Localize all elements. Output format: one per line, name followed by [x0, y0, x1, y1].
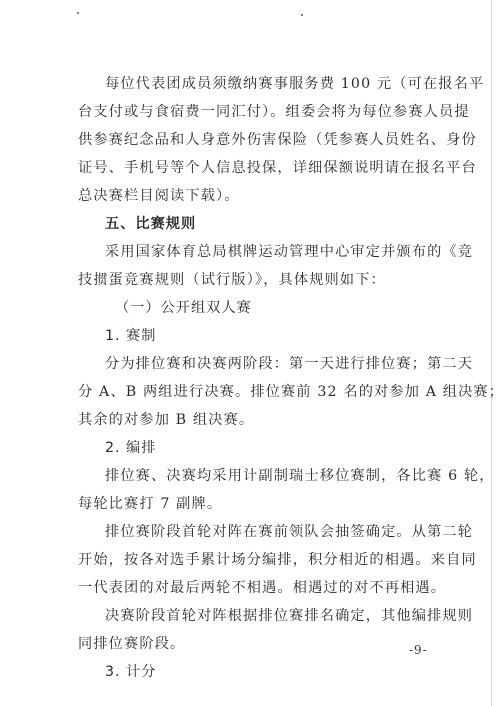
- paragraph-line: 分为排位赛和决赛两阶段：第一天进行排位赛；第二天: [78, 350, 423, 378]
- document-page: 每位代表团成员须缴纳赛事服务费 100 元（可在报名平 台支付或与食宿费一同汇付…: [0, 0, 500, 706]
- paragraph-line: 一代表团的对最后两轮不相遇。相遇过的对不再相遇。: [78, 574, 423, 602]
- paragraph-line: 台支付或与食宿费一同汇付）。组委会将为每位参赛人员提: [78, 98, 423, 126]
- subsection-title: （一）公开组双人赛: [78, 294, 423, 322]
- paragraph-line: 每轮比赛打 7 副牌。: [78, 490, 423, 518]
- paragraph-line: 技掼蛋竞赛规则（试行版）》，具体规则如下：: [78, 266, 423, 294]
- paragraph-line: 采用国家体育总局棋牌运动管理中心审定并颁布的《竞: [78, 238, 423, 266]
- page-edge: [491, 0, 492, 706]
- paragraph-line: 其余的对参加 B 组决赛。: [78, 406, 423, 434]
- item-title: 3. 计分: [78, 658, 423, 686]
- scan-speck: [77, 12, 79, 14]
- item-title: 2. 编排: [78, 434, 423, 462]
- item-title: 1. 赛制: [78, 322, 423, 350]
- paragraph-line: 排位赛阶段首轮对阵在赛前领队会抽签确定。从第二轮: [78, 518, 423, 546]
- paragraph-line: 排位赛、决赛均采用计副制瑞士移位赛制，各比赛 6 轮，: [78, 462, 423, 490]
- page-number: -9-: [409, 643, 428, 657]
- paragraph-line: 分 A、B 两组进行决赛。排位赛前 32 名的对参加 A 组决赛；: [78, 378, 423, 406]
- paragraph-line: 供参赛纪念品和人身意外伤害保险（凭参赛人员姓名、身份: [78, 126, 423, 154]
- paragraph-line: 每位代表团成员须缴纳赛事服务费 100 元（可在报名平: [78, 70, 423, 98]
- paragraph-line: 证号、手机号等个人信息投保，详细保额说明请在报名平台: [78, 154, 423, 182]
- paragraph-line: 开始，按各对选手累计场分编排，积分相近的相遇。来自同: [78, 546, 423, 574]
- paragraph-line: 同排位赛阶段。: [78, 630, 423, 658]
- paragraph-line: 总决赛栏目阅读下载）。: [78, 182, 423, 210]
- paragraph-line: 决赛阶段首轮对阵根据排位赛排名确定，其他编排规则: [78, 602, 423, 630]
- section-title: 五、比赛规则: [78, 210, 423, 238]
- document-body: 每位代表团成员须缴纳赛事服务费 100 元（可在报名平 台支付或与食宿费一同汇付…: [78, 70, 423, 686]
- scan-speck: [301, 14, 303, 16]
